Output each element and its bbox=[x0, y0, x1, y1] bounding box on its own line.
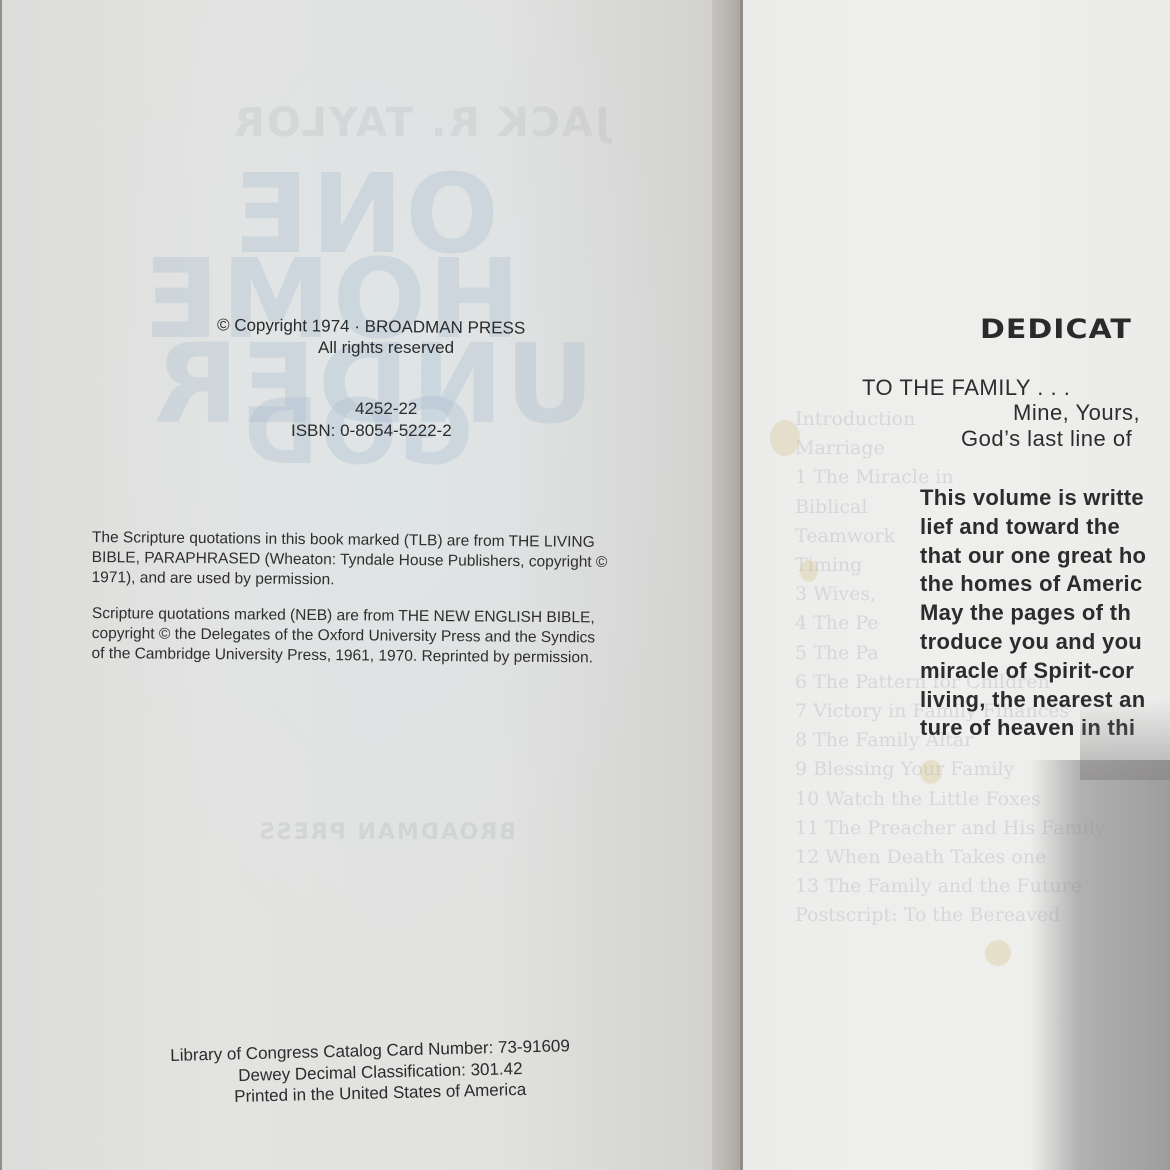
foxing-stain bbox=[920, 760, 942, 784]
foxing-stain bbox=[800, 560, 818, 582]
hand-shadow bbox=[1030, 760, 1170, 1170]
catalog-number: 4252-22 bbox=[355, 399, 417, 419]
neb-permission-notice: Scripture quotations marked (NEB) are fr… bbox=[91, 604, 692, 669]
body-line: that our one great ho bbox=[920, 542, 1146, 571]
foxing-stain bbox=[770, 420, 800, 456]
body-line: miracle of Spirit-cor bbox=[920, 657, 1146, 686]
copyright-page: JACK R. TAYLOR ONE HOME UNDER GOD BROADM… bbox=[0, 0, 712, 1170]
dedication-gods-last-line: God’s last line of bbox=[961, 426, 1132, 452]
bleed-through-author: JACK R. TAYLOR bbox=[232, 100, 610, 146]
foxing-stain bbox=[985, 940, 1011, 966]
body-line: May the pages of th bbox=[920, 599, 1146, 628]
copyright-line: © Copyright 1974 · BROADMAN PRESS bbox=[217, 315, 525, 338]
dedication-mine-yours: Mine, Yours, bbox=[1013, 400, 1140, 426]
rights-reserved: All rights reserved bbox=[318, 338, 454, 358]
book-gutter bbox=[712, 0, 742, 1170]
body-line: lief and toward the bbox=[920, 513, 1146, 542]
notice-line: of the Cambridge University Press, 1961,… bbox=[91, 644, 691, 669]
open-book-spread: JACK R. TAYLOR ONE HOME UNDER GOD BROADM… bbox=[0, 0, 1170, 1170]
body-line: This volume is writte bbox=[920, 484, 1146, 513]
hand-shadow bbox=[1080, 700, 1170, 780]
tlb-permission-notice: The Scripture quotations in this book ma… bbox=[91, 528, 692, 594]
body-line: troduce you and you bbox=[920, 628, 1146, 657]
bleed-through-publisher: BROADMAN PRESS bbox=[257, 820, 516, 845]
dedication-to-family: TO THE FAMILY . . . bbox=[862, 375, 1070, 401]
isbn: ISBN: 0-8054-5222-2 bbox=[291, 421, 452, 441]
dedication-heading: DEDICAT bbox=[980, 314, 1132, 346]
body-line: the homes of Americ bbox=[920, 570, 1146, 599]
